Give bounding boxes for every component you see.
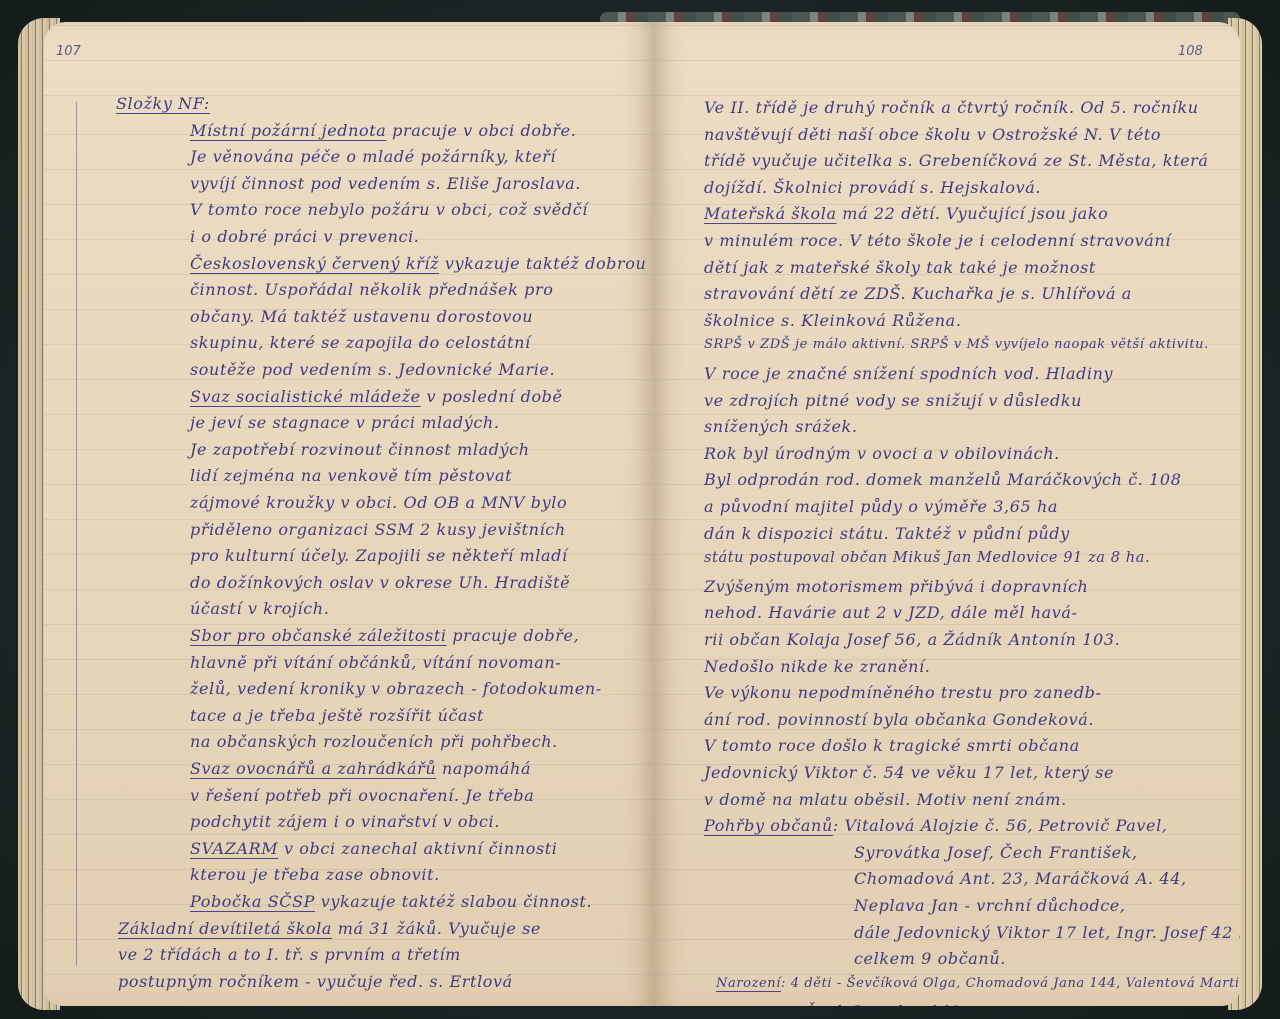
line-text: lidí zejména na venkově tím pěstovat xyxy=(190,466,512,485)
text-line: Rok byl úrodným v ovoci a v obilovinách. xyxy=(704,444,1060,463)
line-text: navštěvují děti naší obce školu v Ostrož… xyxy=(704,125,1161,144)
line-text: pracuje v obci dobře. xyxy=(386,121,576,140)
right-page: 108 Ve II. třídě je druhý ročník a čtvrt… xyxy=(654,22,1240,1006)
text-line: Čech Jaroslav 143, xyxy=(804,1002,967,1006)
text-line: přiděleno organizaci SSM 2 kusy jevištní… xyxy=(190,520,566,539)
line-text: dětí jak z mateřské školy tak také je mo… xyxy=(704,258,1096,277)
section-heading: Pobočka SČSP xyxy=(190,892,315,911)
text-line: skupinu, které se zapojila do celostátní xyxy=(190,333,531,352)
section-heading: Místní požární jednota xyxy=(190,121,386,140)
text-line: Ve II. třídě je druhý ročník a čtvrtý ro… xyxy=(704,98,1199,117)
text-line: Nedošlo nikde ke zranění. xyxy=(704,657,930,676)
text-line: ve 2 třídách a to I. tř. s prvním a třet… xyxy=(118,945,461,964)
line-text: kterou je třeba zase obnovit. xyxy=(190,865,440,884)
text-line: V tomto roce došlo k tragické smrti obča… xyxy=(704,736,1080,755)
text-line: V roce je značné snížení spodních vod. H… xyxy=(704,364,1113,383)
line-text: ve 2 třídách a to I. tř. s prvním a třet… xyxy=(118,945,461,964)
text-line: ání rod. povinností byla občanka Gondeko… xyxy=(704,710,1094,729)
text-line: SVAZARM v obci zanechal aktivní činnosti xyxy=(190,839,558,858)
text-line: Pohřby občanů: Vitalová Alojzie č. 56, P… xyxy=(704,816,1167,835)
line-text: státu postupoval občan Mikuš Jan Medlovi… xyxy=(704,550,1150,566)
line-text: postupným ročníkem - vyučuje řed. s. Ert… xyxy=(118,972,513,991)
text-line: rii občan Kolaja Josef 56, a Žádník Anto… xyxy=(704,630,1120,649)
text-line: školnice s. Kleinková Růžena. xyxy=(704,311,962,330)
line-text: Zvýšeným motorismem přibývá i dopravních xyxy=(704,577,1088,596)
text-line: celkem 9 občanů. xyxy=(854,949,1006,968)
text-line: Jedovnický Viktor č. 54 ve věku 17 let, … xyxy=(704,763,1114,782)
text-line: dán k dispozici státu. Taktéž v půdní pů… xyxy=(704,524,1070,543)
text-line: dojíždí. Školnici provádí s. Hejskalová. xyxy=(704,178,1041,197)
text-line: tace a je třeba ještě rozšířit účast xyxy=(190,706,484,725)
text-line: Československý červený kříž vykazuje tak… xyxy=(190,254,646,273)
line-text: v domě na mlatu oběsil. Motiv není znám. xyxy=(704,790,1067,809)
line-text: : 4 děti - Ševčíková Olga, Chomadová Jan… xyxy=(781,976,1240,991)
line-text: školnice s. Kleinková Růžena. xyxy=(704,311,962,330)
text-line: V tomto roce nebylo požáru v obci, což s… xyxy=(190,200,588,219)
line-text: ání rod. povinností byla občanka Gondeko… xyxy=(704,710,1094,729)
line-text: Ve výkonu nepodmíněného trestu pro zaned… xyxy=(704,683,1102,702)
text-line: snížených srážek. xyxy=(704,417,858,436)
text-line: Svaz ovocnářů a zahrádkářů napomáhá xyxy=(190,759,531,778)
line-text: stravování dětí ze ZDŠ. Kuchařka je s. U… xyxy=(704,284,1132,303)
line-text: tace a je třeba ještě rozšířit účast xyxy=(190,706,484,725)
ruled-lines xyxy=(44,22,654,1006)
line-text: na občanských rozloučeních při pohřbech. xyxy=(190,732,558,751)
line-text: pracuje dobře, xyxy=(447,626,580,645)
line-text: v poslední době xyxy=(421,387,563,406)
text-line: navštěvují děti naší obce školu v Ostrož… xyxy=(704,125,1161,144)
text-line: hlavně při vítání občánků, vítání novoma… xyxy=(190,653,561,672)
line-text: : Vitalová Alojzie č. 56, Petrovič Pavel… xyxy=(833,816,1168,835)
text-line: Svaz socialistické mládeže v poslední do… xyxy=(190,387,563,406)
line-text: občany. Má taktéž ustavenu dorostovou xyxy=(190,307,533,326)
line-text: Je zapotřebí rozvinout činnost mladých xyxy=(190,440,530,459)
text-line: Chomadová Ant. 23, Maráčková A. 44, xyxy=(854,869,1187,888)
text-line: do dožínkových oslav v okrese Uh. Hradiš… xyxy=(190,573,570,592)
line-text: Čech Jaroslav 143, xyxy=(804,1002,967,1006)
margin-line xyxy=(76,102,77,966)
text-line: kterou je třeba zase obnovit. xyxy=(190,865,440,884)
line-text: má 31 žáků. Vyučuje se xyxy=(332,919,541,938)
text-line: je jeví se stagnace v práci mladých. xyxy=(190,413,500,432)
line-text: Syrovátka Josef, Čech František, xyxy=(854,843,1138,862)
line-text: skupinu, které se zapojila do celostátní xyxy=(190,333,531,352)
line-text: V tomto roce došlo k tragické smrti obča… xyxy=(704,736,1080,755)
text-line: Byl odprodán rod. domek manželů Maráčkov… xyxy=(704,470,1181,489)
text-line: činnost. Uspořádal několik přednášek pro xyxy=(190,280,553,299)
line-text: V tomto roce nebylo požáru v obci, což s… xyxy=(190,200,588,219)
section-heading: Mateřská škola xyxy=(704,204,837,223)
text-line: Místní požární jednota pracuje v obci do… xyxy=(190,121,576,140)
section-heading: Svaz socialistické mládeže xyxy=(190,387,421,406)
text-line: v řešení potřeb při ovocnaření. Je třeba xyxy=(190,786,534,805)
line-text: Chomadová Ant. 23, Maráčková A. 44, xyxy=(854,869,1187,888)
line-text: v obci zanechal aktivní činnosti xyxy=(278,839,557,858)
text-line: a původní majitel půdy o výměře 3,65 ha xyxy=(704,497,1058,516)
line-text: ve zdrojích pitné vody se snižují v důsl… xyxy=(704,391,1082,410)
text-line: vyvíjí činnost pod vedením s. Eliše Jaro… xyxy=(190,174,581,193)
text-line: v minulém roce. V této škole je i celode… xyxy=(704,231,1171,250)
text-line: Neplava Jan - vrchní důchodce, xyxy=(854,896,1126,915)
line-text: v minulém roce. V této škole je i celode… xyxy=(704,231,1171,250)
section-heading: Základní devítiletá škola xyxy=(118,919,332,938)
text-line: na občanských rozloučeních při pohřbech. xyxy=(190,732,558,751)
line-text: účastí v krojích. xyxy=(190,599,329,618)
line-text: želů, vedení kroniky v obrazech - fotodo… xyxy=(190,679,602,698)
text-line: postupným ročníkem - vyučuje řed. s. Ert… xyxy=(118,972,513,991)
line-text: dán k dispozici státu. Taktéž v půdní pů… xyxy=(704,524,1070,543)
text-line: dále Jedovnický Viktor 17 let, Ingr. Jos… xyxy=(854,923,1240,942)
text-line: podchytit zájem i o vinařství v obci. xyxy=(190,812,500,831)
text-line: státu postupoval občan Mikuš Jan Medlovi… xyxy=(704,550,1150,566)
text-line: občany. Má taktéž ustavenu dorostovou xyxy=(190,307,533,326)
section-heading: Sbor pro občanské záležitosti xyxy=(190,626,447,645)
section-heading: Složky NF: xyxy=(116,94,210,113)
section-heading: SVAZARM xyxy=(190,839,278,858)
line-text: činnost. Uspořádal několik přednášek pro xyxy=(190,280,553,299)
text-line: v domě na mlatu oběsil. Motiv není znám. xyxy=(704,790,1067,809)
text-line: stravování dětí ze ZDŠ. Kuchařka je s. U… xyxy=(704,284,1132,303)
section-heading: Československý červený kříž xyxy=(190,254,439,273)
text-line: Narození: 4 děti - Ševčíková Olga, Choma… xyxy=(716,976,1240,991)
line-text: nehod. Havárie aut 2 v JZD, dále měl hav… xyxy=(704,603,1078,622)
text-line: Zvýšeným motorismem přibývá i dopravních xyxy=(704,577,1088,596)
line-text: a původní majitel půdy o výměře 3,65 ha xyxy=(704,497,1058,516)
page-number: 107 xyxy=(56,44,81,59)
line-text: soutěže pod vedením s. Jedovnické Marie. xyxy=(190,360,555,379)
text-line: Je zapotřebí rozvinout činnost mladých xyxy=(190,440,530,459)
text-line: i o dobré práci v prevenci. xyxy=(190,227,420,246)
line-text: třídě vyučuje učitelka s. Grebeníčková z… xyxy=(704,151,1209,170)
line-text: Neplava Jan - vrchní důchodce, xyxy=(854,896,1126,915)
text-line: zájmové kroužky v obci. Od OB a MNV bylo xyxy=(190,493,567,512)
text-line: SRPŠ v ZDŠ je málo aktivní. SRPŠ v MŠ vy… xyxy=(704,337,1209,352)
text-line: ve zdrojích pitné vody se snižují v důsl… xyxy=(704,391,1082,410)
line-text: V roce je značné snížení spodních vod. H… xyxy=(704,364,1113,383)
text-line: Složky NF: xyxy=(116,94,210,113)
left-page: 107 Složky NF:Místní požární jednota pra… xyxy=(44,22,654,1006)
line-text: Byl odprodán rod. domek manželů Maráčkov… xyxy=(704,470,1181,489)
text-line: účastí v krojích. xyxy=(190,599,329,618)
section-heading: Pohřby občanů xyxy=(704,816,833,835)
text-line: třídě vyučuje učitelka s. Grebeníčková z… xyxy=(704,151,1209,170)
line-text: Nedošlo nikde ke zranění. xyxy=(704,657,930,676)
line-text: dále Jedovnický Viktor 17 let, Ingr. Jos… xyxy=(854,923,1240,942)
line-text: Rok byl úrodným v ovoci a v obilovinách. xyxy=(704,444,1060,463)
line-text: vykazuje taktéž dobrou xyxy=(439,254,646,273)
line-text: je jeví se stagnace v práci mladých. xyxy=(190,413,500,432)
text-line: soutěže pod vedením s. Jedovnické Marie. xyxy=(190,360,555,379)
line-text: Ve II. třídě je druhý ročník a čtvrtý ro… xyxy=(704,98,1199,117)
line-text: pro kulturní účely. Zapojili se někteří … xyxy=(190,546,568,565)
line-text: vyvíjí činnost pod vedením s. Eliše Jaro… xyxy=(190,174,581,193)
line-text: zájmové kroužky v obci. Od OB a MNV bylo xyxy=(190,493,567,512)
line-text: vykazuje taktéž slabou činnost. xyxy=(315,892,592,911)
text-line: Pobočka SČSP vykazuje taktéž slabou činn… xyxy=(190,892,592,911)
line-text: do dožínkových oslav v okrese Uh. Hradiš… xyxy=(190,573,570,592)
text-line: Mateřská škola má 22 dětí. Vyučující jso… xyxy=(704,204,1108,223)
text-line: želů, vedení kroniky v obrazech - fotodo… xyxy=(190,679,602,698)
line-text: hlavně při vítání občánků, vítání novoma… xyxy=(190,653,561,672)
text-line: lidí zejména na venkově tím pěstovat xyxy=(190,466,512,485)
line-text: podchytit zájem i o vinařství v obci. xyxy=(190,812,500,831)
text-line: nehod. Havárie aut 2 v JZD, dále měl hav… xyxy=(704,603,1078,622)
line-text: v řešení potřeb při ovocnaření. Je třeba xyxy=(190,786,534,805)
section-heading: Narození xyxy=(716,976,781,991)
line-text: napomáhá xyxy=(436,759,531,778)
text-line: Základní devítiletá škola má 31 žáků. Vy… xyxy=(118,919,541,938)
line-text: SRPŠ v ZDŠ je málo aktivní. SRPŠ v MŠ vy… xyxy=(704,337,1209,352)
line-text: Je věnována péče o mladé požárníky, kteř… xyxy=(190,147,556,166)
line-text: i o dobré práci v prevenci. xyxy=(190,227,420,246)
text-line: pro kulturní účely. Zapojili se někteří … xyxy=(190,546,568,565)
line-text: přiděleno organizaci SSM 2 kusy jevištní… xyxy=(190,520,566,539)
text-line: Sbor pro občanské záležitosti pracuje do… xyxy=(190,626,579,645)
text-line: dětí jak z mateřské školy tak také je mo… xyxy=(704,258,1096,277)
text-line: Syrovátka Josef, Čech František, xyxy=(854,843,1138,862)
section-heading: Svaz ovocnářů a zahrádkářů xyxy=(190,759,436,778)
line-text: rii občan Kolaja Josef 56, a Žádník Anto… xyxy=(704,630,1120,649)
line-text: dojíždí. Školnici provádí s. Hejskalová. xyxy=(704,178,1041,197)
line-text: má 22 dětí. Vyučující jsou jako xyxy=(837,204,1109,223)
text-line: Je věnována péče o mladé požárníky, kteř… xyxy=(190,147,556,166)
page-number: 108 xyxy=(1178,44,1203,59)
text-line: Ve výkonu nepodmíněného trestu pro zaned… xyxy=(704,683,1102,702)
line-text: snížených srážek. xyxy=(704,417,858,436)
line-text: celkem 9 občanů. xyxy=(854,949,1006,968)
line-text: Jedovnický Viktor č. 54 ve věku 17 let, … xyxy=(704,763,1114,782)
